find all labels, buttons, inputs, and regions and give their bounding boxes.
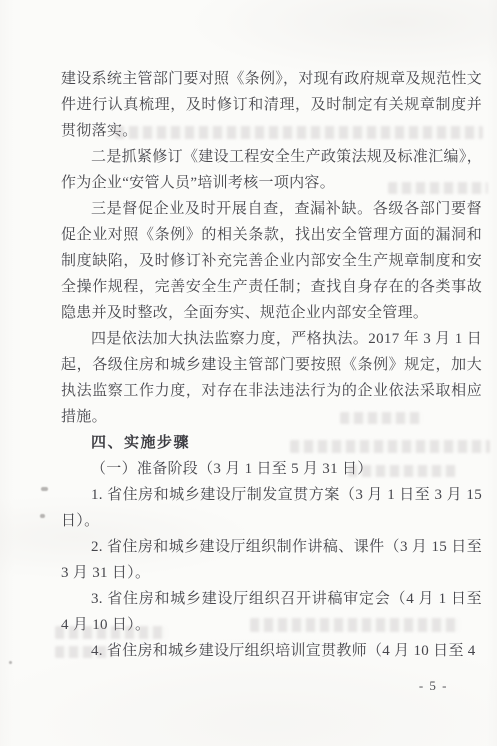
document-body: 建设系统主管部门要对照《条例》，对现有政府规章及规范性文件进行认真梳理，及时修订… [61, 66, 482, 664]
scan-speck [41, 487, 48, 491]
body-paragraph: 4. 省住房和城乡建设厅组织培训宣贯教师（4 月 10 日至 4 [61, 638, 482, 664]
page-number: - 5 - [419, 678, 448, 694]
body-paragraph: 二是抓紧修订《建设工程安全生产政策法规及标准汇编》，作为企业“安管人员”培训考核… [61, 144, 482, 196]
scanned-page: 建设系统主管部门要对照《条例》，对现有政府规章及规范性文件进行认真梳理，及时修订… [0, 0, 497, 746]
body-paragraph: （一）准备阶段（3 月 1 日至 5 月 31 日） [61, 456, 482, 482]
body-paragraph: 三是督促企业及时开展自查，查漏补缺。各级各部门要督促企业对照《条例》的相关条款，… [61, 196, 482, 326]
body-paragraph: 1. 省住房和城乡建设厅制发宣贯方案（3 月 1 日至 3 月 15 日）。 [61, 482, 482, 534]
body-paragraph: 2. 省住房和城乡建设厅组织制作讲稿、课件（3 月 15 日至 3 月 31 日… [61, 534, 482, 586]
section-heading: 四、实施步骤 [61, 430, 482, 456]
scan-speck [9, 661, 12, 664]
continuation-paragraph: 建设系统主管部门要对照《条例》，对现有政府规章及规范性文件进行认真梳理，及时修订… [61, 66, 482, 144]
scan-speck [40, 514, 45, 518]
body-paragraph: 3. 省住房和城乡建设厅组织召开讲稿审定会（4 月 1 日至 4 月 10 日）… [61, 586, 482, 638]
body-paragraph: 四是依法加大执法监察力度，严格执法。2017 年 3 月 1 日起，各级住房和城… [61, 326, 482, 430]
